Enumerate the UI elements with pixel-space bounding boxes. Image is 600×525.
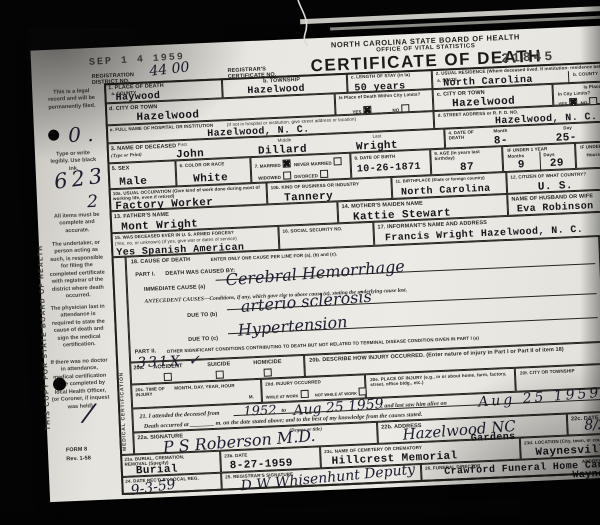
- box-sex: 5. SEX Male: [107, 160, 176, 189]
- shadow-bottom-edge: [0, 509, 600, 525]
- certificate-number: 21845: [501, 50, 556, 65]
- checkbox-divorced: [320, 170, 328, 178]
- box-if-under-1-year: IF UNDER 1 YEAR Months Days 9 29: [502, 143, 576, 172]
- handwritten-2: 2: [87, 194, 99, 211]
- checkbox-widowed: [283, 171, 291, 179]
- attended-text: 21. I attended the deceased from: [139, 411, 219, 421]
- divorced-label: DIVORCED: [294, 173, 318, 179]
- box-date-of-birth: 8. DATE OF BIRTH 10-26-1871: [350, 149, 431, 178]
- field-label: 20f. CITY OR TOWNSHIP: [520, 368, 575, 376]
- field-label: Days: [543, 152, 554, 158]
- days-value: 29: [550, 158, 564, 170]
- field-label: Day: [563, 125, 572, 131]
- at-work-label: WHILE AT WORK: [266, 393, 299, 399]
- field-note: ENTER ONLY ONE CAUSE PER LINE FOR (a), (…: [211, 251, 338, 262]
- part1-label: PART I.: [135, 271, 155, 278]
- field-label: 8. DATE OF BIRTH: [354, 154, 395, 161]
- margin-note-physician: The physician last in attendance is requ…: [50, 304, 108, 351]
- form-number: FORM 8: [66, 447, 88, 454]
- field-label: DUE TO (c): [188, 336, 218, 344]
- field-label: Last: [372, 133, 381, 139]
- field-label: In City Limits?: [558, 90, 591, 97]
- field-label: e. FULL NAME OF HOSPITAL OR INSTITUTION: [110, 123, 214, 133]
- funeral-director-value-line2: Waynesville,: [572, 468, 600, 481]
- field-label: IMMEDIATE CAUSE (a): [144, 284, 206, 293]
- field-label: 20c. TIME OF INJURY: [135, 386, 173, 398]
- checkbox-never-married: [333, 157, 341, 165]
- scanned-death-certificate: SEP 1 4 1959 NORTH CAROLINA STATE BOARD …: [0, 0, 600, 525]
- age-value: 87: [460, 162, 474, 174]
- box-cause-of-death: 18. CAUSE OF DEATH ENTER ONLY ONE CAUSE …: [126, 236, 600, 363]
- field-label: c. LENGTH OF STAY (in la): [351, 72, 421, 80]
- married-label: 7. MARRIED: [255, 163, 281, 169]
- field-label: 5. SEX: [112, 165, 130, 172]
- suicide-checkbox: [214, 370, 226, 379]
- months-value: 9: [518, 160, 525, 171]
- not-while-at-work: NOT WHILE AT WORK: [315, 387, 370, 397]
- margin-note-undertaker: The undertaker, or person acting as such…: [47, 240, 108, 302]
- due-to-c-value: Hypertension: [237, 314, 348, 339]
- field-note: MONTH, DAY, YEAR, HOUR: [174, 382, 252, 391]
- checkbox-homicide: [264, 368, 272, 376]
- box-race: 6. COLOR OR RACE White: [175, 157, 251, 186]
- checkbox-accident: [164, 373, 172, 381]
- widowed-label: WIDOWED: [258, 175, 281, 181]
- certificate-paper: SEP 1 4 1959 NORTH CAROLINA STATE BOARD …: [30, 22, 600, 502]
- handwritten-zero: 0 .: [68, 124, 94, 145]
- field-label: b. COUNTY: [573, 71, 598, 77]
- field-label: 18. CAUSE OF DEATH: [131, 257, 191, 266]
- never-married-label: NEVER MARRIED: [294, 161, 332, 168]
- field-label: 11. BIRTHPLACE (State or foreign country…: [395, 176, 484, 185]
- field-label: Hours: [586, 152, 600, 158]
- immediate-cause-value: Cerebral Hemorrhage: [225, 258, 405, 288]
- attended-from-value: 1952: [243, 404, 277, 418]
- punch-hole: [48, 129, 59, 140]
- field-label: 12. CITIZEN OF WHAT COUNTRY?: [510, 171, 586, 179]
- cemetery-value-overflow: Gardens: [471, 433, 516, 445]
- field-label: 9. AGE (In years last birthday): [434, 148, 496, 161]
- checkbox-married: [282, 159, 290, 167]
- field-note: M.: [249, 394, 254, 399]
- homicide-checkbox: [262, 368, 274, 377]
- field-label: 20e. PLACE OF INJURY (e.g., in or about …: [370, 371, 510, 387]
- marital-married: 7. MARRIED NEVER MARRIED: [254, 157, 343, 169]
- field-label: Middle: [277, 137, 291, 143]
- field-label: DUE TO (b): [187, 312, 217, 320]
- field-label: IF UNDER 24 HRS.: [580, 143, 600, 150]
- date-signed-value: 8/27/59: [584, 416, 600, 432]
- field-label: First: [178, 142, 187, 148]
- box-age: 9. AGE (In years last birthday) 87: [430, 146, 503, 175]
- field-label: 10b. KIND OF BUSINESS OR INDUSTRY: [271, 181, 360, 190]
- medical-certification-vertical-text: MEDICAL CERTIFICATION: [114, 266, 128, 451]
- box-if-under-24-hrs: IF UNDER 24 HRS. Hours Min.: [575, 138, 600, 169]
- checkbox-at-work: [300, 390, 308, 398]
- field-label: 20d. INJURY OCCURRED: [265, 379, 321, 387]
- handwritten-623: 623: [53, 165, 107, 193]
- field-note: (Type or Print): [111, 153, 142, 160]
- field-label: 16. SOCIAL SECURITY NO.: [282, 226, 342, 234]
- field-label: Is Place of Death Within City Limits?: [339, 91, 429, 100]
- not-at-work-label: NOT WHILE AT WORK: [315, 391, 357, 398]
- field-label: IF UNDER 1 YEAR: [507, 146, 547, 153]
- field-label: 4. DATE OF DEATH: [448, 129, 478, 141]
- field-label: 23b. DATE: [224, 453, 247, 459]
- registration-district-value: 44 00: [149, 60, 190, 78]
- field-label: 6. COLOR OR RACE: [180, 161, 225, 168]
- field-label: Months: [507, 153, 524, 159]
- suicide-label: SUICIDE: [207, 361, 230, 368]
- field-label: 3. NAME OF DECEASED: [111, 143, 177, 152]
- part2-value: 331X ✓: [137, 353, 202, 370]
- thread-artifact: [280, 0, 320, 46]
- accident-checkbox: [162, 373, 174, 382]
- checkbox-suicide: [216, 370, 224, 378]
- due-to-b-value: arterio sclerosis: [240, 289, 372, 315]
- divider: [539, 151, 541, 170]
- date-of-birth-value: 10-26-1871: [357, 163, 421, 176]
- margin-note-items: All items must be complete and accurate.: [52, 212, 103, 236]
- field-label: Month: [493, 128, 507, 134]
- margin-note-legal: This is a legal record and will be perma…: [44, 88, 99, 113]
- field-label: Is Place of Residence: [583, 82, 600, 89]
- form-revision: Rev. 1-58: [66, 455, 91, 462]
- homicide-label: HOMICIDE: [253, 359, 282, 367]
- box-date-received: 24. DATE REC'D BY LOCAL REG. 9-3-59: [121, 473, 222, 495]
- while-at-work: WHILE AT WORK: [266, 390, 311, 400]
